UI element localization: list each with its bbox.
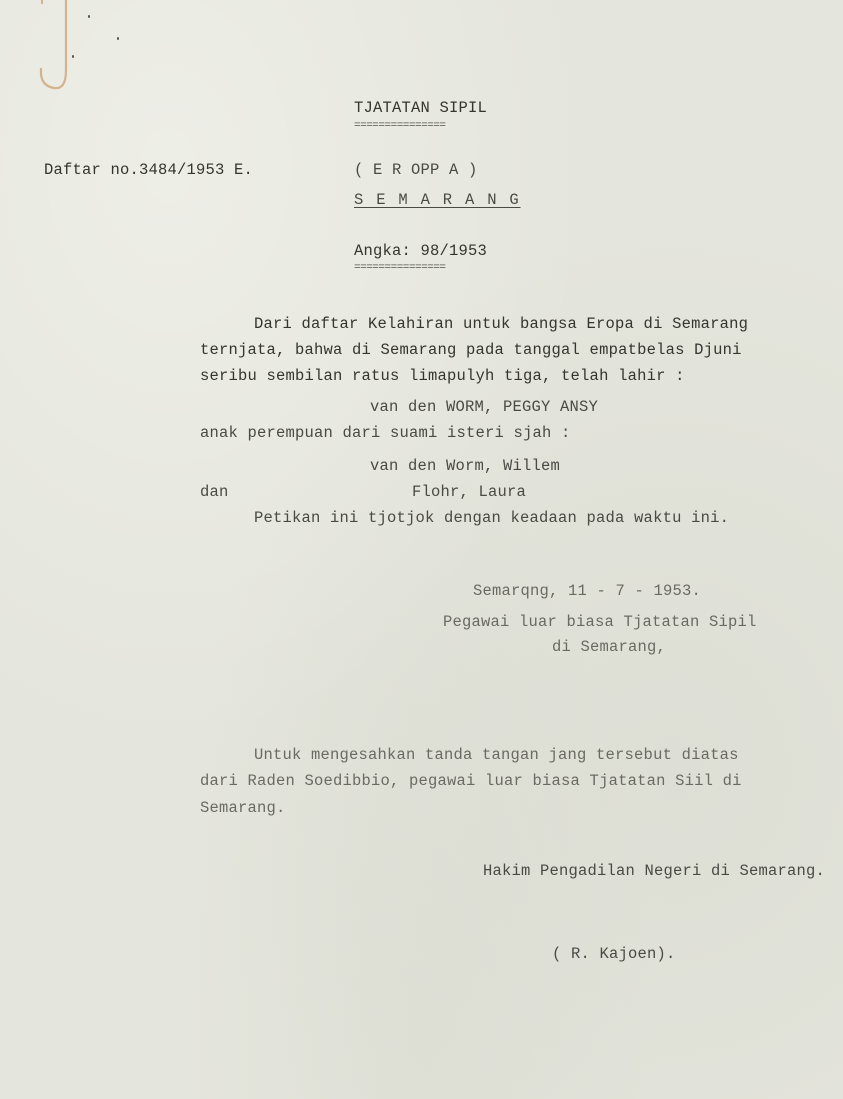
paperclip-stain-icon	[36, 0, 76, 100]
intro-line-3: seribu sembilan ratus limapulyh tiga, te…	[200, 367, 685, 385]
document-page: TJATATAN SIPIL =============== Daftar no…	[0, 0, 843, 1099]
child-name: van den WORM, PEGGY ANSY	[370, 398, 598, 416]
population-group: ( E R OPP A )	[354, 161, 478, 179]
deed-number: Angka: 98/1953	[354, 242, 487, 260]
city-heading: S E M A R A N G	[354, 191, 521, 209]
deed-number-rule: ===============	[354, 263, 446, 273]
judge-title: Hakim Pengadilan Negeri di Semarang.	[483, 862, 825, 880]
office-title: TJATATAN SIPIL	[354, 99, 487, 117]
mother-name: Flohr, Laura	[412, 483, 526, 501]
place-date: Semarqng, 11 - 7 - 1953.	[473, 582, 701, 600]
paper-speck	[72, 55, 74, 58]
paper-speck	[88, 15, 90, 18]
intro-line-2: ternjata, bahwa di Semarang pada tanggal…	[200, 341, 742, 359]
official-title: Pegawai luar biasa Tjatatan Sipil	[443, 613, 757, 631]
paper-speck	[117, 37, 119, 40]
office-title-rule: ===============	[354, 121, 446, 131]
register-number: Daftar no.3484/1953 E.	[44, 161, 253, 179]
judge-name: ( R. Kajoen).	[552, 945, 676, 963]
official-location: di Semarang,	[552, 638, 666, 656]
conjunction: dan	[200, 483, 229, 501]
father-name: van den Worm, Willem	[370, 457, 560, 475]
conformity-statement: Petikan ini tjotjok dengan keadaan pada …	[254, 509, 729, 527]
legalization-line-1: Untuk mengesahkan tanda tangan jang ters…	[254, 746, 739, 764]
parents-intro: anak perempuan dari suami isteri sjah :	[200, 424, 571, 442]
legalization-line-2: dari Raden Soedibbio, pegawai luar biasa…	[200, 772, 742, 790]
intro-line-1: Dari daftar Kelahiran untuk bangsa Eropa…	[254, 315, 748, 333]
legalization-line-3: Semarang.	[200, 799, 286, 817]
